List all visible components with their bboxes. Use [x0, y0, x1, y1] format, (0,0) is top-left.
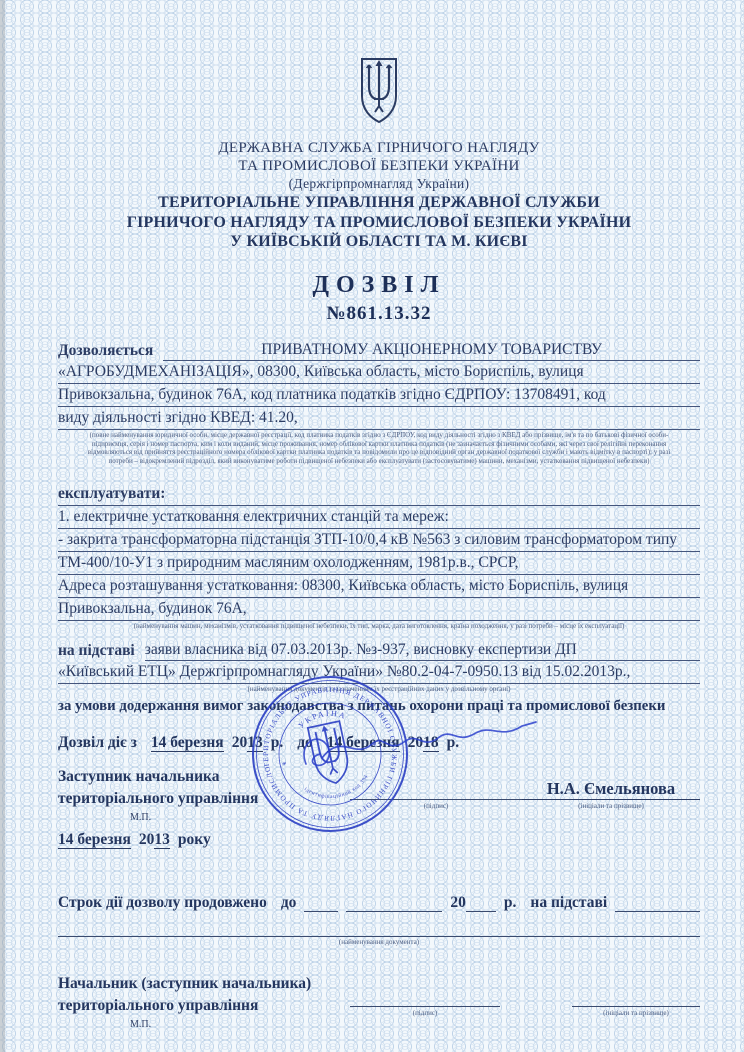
territorial-office-header: ТЕРИТОРІАЛЬНЕ УПРАВЛІННЯ ДЕРЖАВНОЇ СЛУЖБ… — [58, 193, 700, 252]
bottom-name-caption: (ініціали та прізвище) — [572, 1009, 700, 1017]
valid-to-year: 18 — [423, 734, 439, 752]
bottom-position-line2: територіального управління — [58, 995, 350, 1017]
grantee-label: Дозволяється — [58, 340, 163, 362]
scan-edge-artifact — [0, 0, 5, 1052]
bottom-seal-place-mark: М.П. — [130, 1019, 700, 1030]
tryzub-coat-of-arms-icon — [356, 56, 402, 126]
bottom-signature-caption: (підпис) — [350, 1009, 500, 1017]
document-title: ДОЗВІЛ — [58, 272, 700, 299]
validity-line: Дозвіл діє з14 березня2013р.до14 березня… — [58, 734, 700, 752]
extension-day-blank — [304, 893, 338, 912]
operate-line2: - закрита трансформаторна підстанція ЗТП… — [58, 529, 700, 552]
signatory-block: Заступник начальника територіального упр… — [58, 766, 700, 810]
grantee-line1: ПРИВАТНОМУ АКЦІОНЕРНОМУ ТОВАРИСТВУ — [163, 339, 700, 362]
bottom-signature-line — [350, 986, 500, 1007]
bottom-position-line1: Начальник (заступник начальника) — [58, 973, 350, 995]
extension-month-blank — [346, 893, 442, 912]
grantee-section: Дозволяється ПРИВАТНОМУ АКЦІОНЕРНОМУ ТОВ… — [58, 339, 700, 466]
agency-header: ДЕРЖАВНА СЛУЖБА ГІРНИЧОГО НАГЛЯДУ ТА ПРО… — [58, 139, 700, 192]
basis-label: на підставі — [58, 640, 145, 662]
extension-year-blank — [466, 893, 496, 912]
grantee-line3: Привокзальна, будинок 76А, код платника … — [58, 384, 700, 407]
signature-caption: (підпис) — [350, 802, 522, 810]
extension-line: Строк дії дозволу продовженодо20р.на під… — [58, 893, 700, 912]
signatory-position-line2: територіального управління — [58, 788, 350, 810]
issue-date-line: 14 березня2013року — [58, 831, 700, 849]
signature-line — [350, 779, 522, 800]
extension-document-blank — [58, 912, 700, 937]
operate-line3: ТМ-400/10-У1 з природним масляним охолод… — [58, 552, 700, 575]
extension-footnote: (найменування документа) — [58, 938, 700, 947]
basis-line2: «Київський ЕТЦ» Держгірпромнагляду Украї… — [58, 661, 700, 684]
agency-name-line2: ТА ПРОМИСЛОВОЇ БЕЗПЕКИ УКРАЇНИ — [58, 157, 700, 175]
operate-line4: Адреса розташування устатковання: 08300,… — [58, 575, 700, 598]
operate-section: експлуатувати: 1. електричне устаткованн… — [58, 483, 700, 631]
operate-line1: 1. електричне устатковання електричних с… — [58, 506, 700, 529]
operate-footnote: (найменування машин, механізмів, устатко… — [58, 622, 700, 631]
territorial-line3: У КИЇВСЬКІЙ ОБЛАСТІ ТА М. КИЄВІ — [58, 232, 700, 252]
grantee-line4: виду діяльності згідно КВЕД: 41.20, — [58, 407, 700, 430]
operate-line5: Привокзальна, будинок 76А, — [58, 598, 700, 621]
permit-document: ДЕРЖАВНА СЛУЖБА ГІРНИЧОГО НАГЛЯДУ ТА ПРО… — [0, 0, 744, 1052]
valid-from-year: 13 — [247, 734, 263, 752]
seal-place-mark: М.П. — [130, 812, 700, 823]
signatory-name: Н.А. Ємельянова — [522, 779, 700, 800]
basis-line1: заяви власника від 07.03.2013р. №з-937, … — [145, 639, 700, 662]
condition-line: за умови додержання вимог законодавства … — [58, 697, 700, 716]
extension-basis-blank — [615, 893, 700, 912]
bottom-signatory-block: Начальник (заступник начальника) територ… — [58, 973, 700, 1017]
territorial-line1: ТЕРИТОРІАЛЬНЕ УПРАВЛІННЯ ДЕРЖАВНОЇ СЛУЖБ… — [58, 193, 700, 213]
document-number: №861.13.32 — [58, 303, 700, 325]
grantee-line2: «АГРОБУДМЕХАНІЗАЦІЯ», 08300, Київська об… — [58, 361, 700, 384]
bottom-name-line — [572, 986, 700, 1007]
operate-label: експлуатувати: — [58, 485, 165, 502]
territorial-line2: ГІРНИЧОГО НАГЛЯДУ ТА ПРОМИСЛОВОЇ БЕЗПЕКИ… — [58, 213, 700, 233]
agency-short-name: (Держгірпромнагляд України) — [58, 175, 700, 192]
basis-section: на підставі заяви власника від 07.03.201… — [58, 639, 700, 716]
valid-to-date: 14 березня — [327, 734, 400, 752]
signatory-position-line1: Заступник начальника — [58, 766, 350, 788]
grantee-footnote: (повне найменування юридичної особи, міс… — [58, 431, 700, 465]
basis-footnote: (найменування документів із зазначенням … — [58, 685, 700, 694]
valid-from-date: 14 березня — [151, 734, 224, 752]
agency-name-line1: ДЕРЖАВНА СЛУЖБА ГІРНИЧОГО НАГЛЯДУ — [58, 139, 700, 157]
signatory-name-caption: (ініціали та прізвище) — [522, 802, 700, 810]
